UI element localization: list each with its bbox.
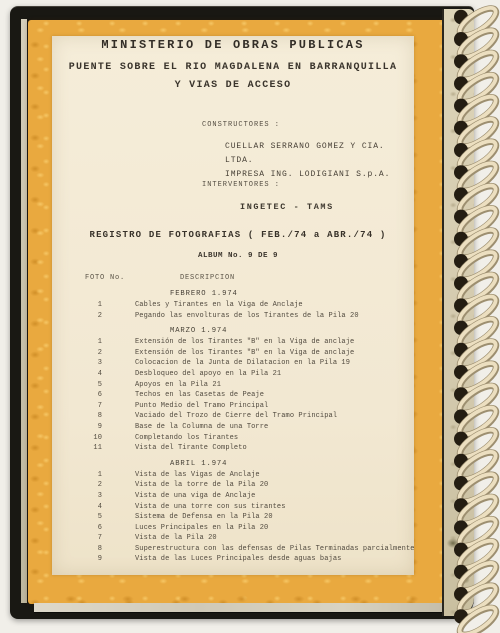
page-left-edge xyxy=(21,19,27,603)
month-heading: MARZO 1.974 xyxy=(170,327,414,335)
photo-row: 1Extensión de los Tirantes "B" en la Vig… xyxy=(52,337,414,348)
photo-number: 1 xyxy=(52,337,102,348)
photo-row: 2Pegando las envolturas de los Tirantes … xyxy=(52,311,414,322)
photo-description: Vista de la Pila 20 xyxy=(135,533,217,544)
month-heading: FEBRERO 1.974 xyxy=(170,290,414,298)
photo-number: 5 xyxy=(52,380,102,391)
photo-row: 1Vista de las Vigas de Anclaje xyxy=(52,470,414,481)
interventores-label: INTERVENTORES : xyxy=(202,181,280,189)
photo-number: 1 xyxy=(52,300,102,311)
photo-number: 7 xyxy=(52,533,102,544)
photo-row: 5Sistema de Defensa en la Pila 20 xyxy=(52,512,414,523)
photo-number: 7 xyxy=(52,401,102,412)
photo-row: 6Luces Principales en la Pila 20 xyxy=(52,523,414,534)
photo-row: 8Superestructura con las defensas de Pil… xyxy=(52,544,414,555)
photo-description: Vista de las Vigas de Anclaje xyxy=(135,470,260,481)
photo-number: 3 xyxy=(52,358,102,369)
ministry-title: MINISTERIO DE OBRAS PUBLICAS xyxy=(52,38,414,52)
photo-description: Vista de las Luces Principales desde agu… xyxy=(135,554,341,565)
photo-number: 2 xyxy=(52,311,102,322)
tape-frame: MINISTERIO DE OBRAS PUBLICAS PUENTE SOBR… xyxy=(28,20,450,604)
photo-description: Apoyos en la Pila 21 xyxy=(135,380,221,391)
photo-row: 4Vista de una torre con sus tirantes xyxy=(52,502,414,513)
photo-description: Extensión de los Tirantes "B" en la Viga… xyxy=(135,337,354,348)
photo-description: Extensión de los Tirantes "B" en la Viga… xyxy=(135,348,354,359)
photo-description: Vaciado del Trozo de Cierre del Tramo Pr… xyxy=(135,411,337,422)
photo-number: 1 xyxy=(52,470,102,481)
photo-description: Vista de la torre de la Pila 20 xyxy=(135,480,268,491)
photo-row: 2Extensión de los Tirantes "B" en la Vig… xyxy=(52,348,414,359)
photo-description: Colocacion de la Junta de Dilatacion en … xyxy=(135,358,350,369)
photo-description: Completando los Tirantes xyxy=(135,433,238,444)
photo-row: 8Vaciado del Trozo de Cierre del Tramo P… xyxy=(52,411,414,422)
photo-row: 3Colocacion de la Junta de Dilatacion en… xyxy=(52,358,414,369)
photo-number: 11 xyxy=(52,443,102,454)
table-sections: FEBRERO 1.9741Cables y Tirantes en la Vi… xyxy=(52,290,414,565)
photo-number: 9 xyxy=(52,554,102,565)
photo-row: 4Desbloqueo del apoyo en la Pila 21 xyxy=(52,369,414,380)
photo-description: Techos en las Casetas de Peaje xyxy=(135,390,264,401)
month-heading: ABRIL 1.974 xyxy=(170,460,414,468)
photo-number: 8 xyxy=(52,544,102,555)
photo-row: 7Vista de la Pila 20 xyxy=(52,533,414,544)
album-cover: MINISTERIO DE OBRAS PUBLICAS PUENTE SOBR… xyxy=(10,6,474,619)
photo-number: 6 xyxy=(52,390,102,401)
photo-number: 5 xyxy=(52,512,102,523)
photo-description: Pegando las envolturas de los Tirantes d… xyxy=(135,311,359,322)
title-page: MINISTERIO DE OBRAS PUBLICAS PUENTE SOBR… xyxy=(52,36,414,575)
project-title-line1: PUENTE SOBRE EL RIO MAGDALENA EN BARRANQ… xyxy=(52,62,414,73)
photo-description: Sistema de Defensa en la Pila 20 xyxy=(135,512,273,523)
photo-row: 9Base de la Columna de una Torre xyxy=(52,422,414,433)
photo-description: Luces Principales en la Pila 20 xyxy=(135,523,268,534)
photo-description: Base de la Columna de una Torre xyxy=(135,422,268,433)
column-foto-no: FOTO No. xyxy=(85,274,125,282)
registro-title: REGISTRO DE FOTOGRAFIAS ( FEB./74 a ABR.… xyxy=(52,230,414,240)
column-descripcion: DESCRIPCION xyxy=(180,274,235,282)
photo-row: 3Vista de una viga de Anclaje xyxy=(52,491,414,502)
photo-row: 5Apoyos en la Pila 21 xyxy=(52,380,414,391)
photo-number: 4 xyxy=(52,369,102,380)
photo-description: Vista del Tirante Completo xyxy=(135,443,247,454)
photo-row: 6Techos en las Casetas de Peaje xyxy=(52,390,414,401)
photo-row: 1Cables y Tirantes en la Viga de Anclaje xyxy=(52,300,414,311)
photo-description: Desbloqueo del apoyo en la Pila 21 xyxy=(135,369,281,380)
constructores-names: CUELLAR SERRANO GOMEZ Y CIA. LTDA.IMPRES… xyxy=(225,140,414,182)
photo-number: 9 xyxy=(52,422,102,433)
photo-description: Punto Medio del Tramo Principal xyxy=(135,401,268,412)
photo-number: 6 xyxy=(52,523,102,534)
table-header: FOTO No. DESCRIPCION xyxy=(52,274,414,284)
project-title-line2: Y VIAS DE ACCESO xyxy=(52,80,414,91)
photo-number: 2 xyxy=(52,348,102,359)
photo-register-table: FOTO No. DESCRIPCION FEBRERO 1.9741Cable… xyxy=(52,274,414,565)
page-bottom-edge xyxy=(34,603,446,612)
photo-row: 2Vista de la torre de la Pila 20 xyxy=(52,480,414,491)
photo-row: 7Punto Medio del Tramo Principal xyxy=(52,401,414,412)
spiral-binding xyxy=(430,0,500,633)
photo-description: Vista de una viga de Anclaje xyxy=(135,491,255,502)
photo-number: 8 xyxy=(52,411,102,422)
constructores-label: CONSTRUCTORES : xyxy=(202,121,280,129)
photo-row: 9Vista de las Luces Principales desde ag… xyxy=(52,554,414,565)
photo-row: 11Vista del Tirante Completo xyxy=(52,443,414,454)
photo-number: 2 xyxy=(52,480,102,491)
photo-description: Cables y Tirantes en la Viga de Anclaje xyxy=(135,300,303,311)
album-number: ALBUM No. 9 DE 9 xyxy=(52,252,414,260)
photo-background: MINISTERIO DE OBRAS PUBLICAS PUENTE SOBR… xyxy=(0,0,500,633)
photo-row: 10Completando los Tirantes xyxy=(52,433,414,444)
photo-number: 4 xyxy=(52,502,102,513)
interventores-name: INGETEC - TAMS xyxy=(240,202,334,212)
photo-number: 3 xyxy=(52,491,102,502)
photo-description: Superestructura con las defensas de Pila… xyxy=(135,544,415,555)
constructor-name-2: IMPRESA ING. LODIGIANI S.p.A. xyxy=(225,170,390,179)
photo-number: 10 xyxy=(52,433,102,444)
photo-description: Vista de una torre con sus tirantes xyxy=(135,502,286,513)
constructor-name-1: CUELLAR SERRANO GOMEZ Y CIA. LTDA. xyxy=(225,142,385,165)
